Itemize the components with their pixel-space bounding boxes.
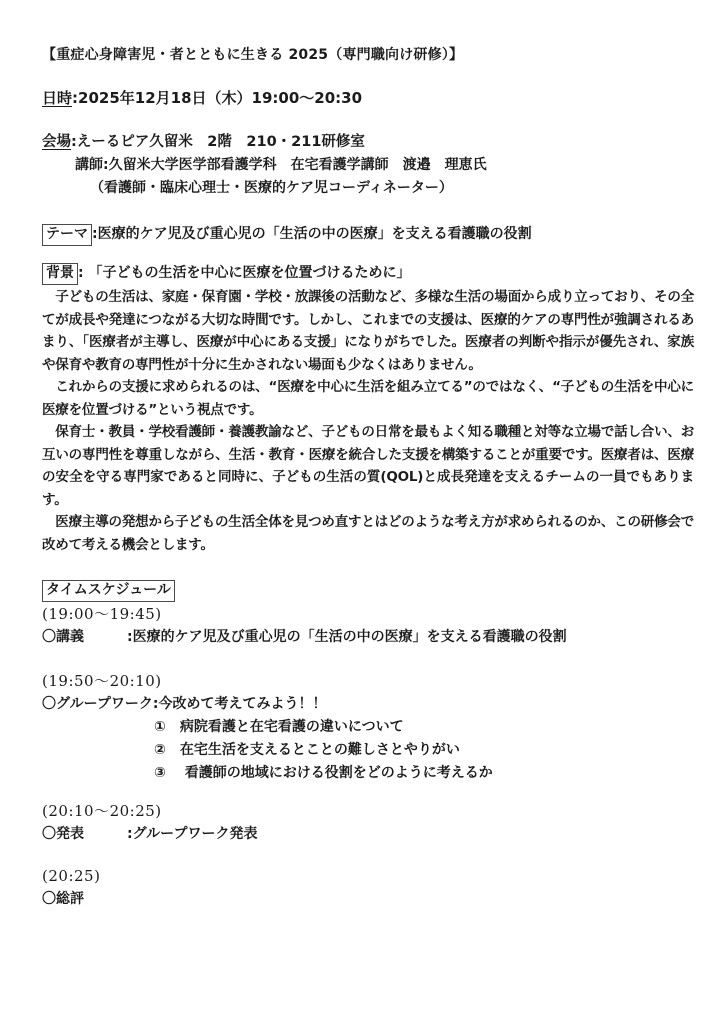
venue-value: :えーるピア久留米 2階 210・211研修室	[71, 134, 365, 150]
datetime-value: :2025年12月18日（木）19:00～20:30	[72, 89, 362, 107]
schedule-item-groupwork-label: 〇グループワーク	[42, 693, 153, 716]
background-paragraph-3: 保育士・教員・学校看護師・養護教諭など、子どもの日常を最もよく知る職種と対等な立…	[42, 421, 694, 511]
schedule-item-lecture-text: :医療的ケア児及び重心児の「生活の中の医療」を支える看護職の役割	[127, 629, 567, 645]
theme-value: :医療的ケア児及び重心児の「生活の中の医療」を支える看護職の役割	[92, 226, 532, 242]
background-intro-text: : 「子どもの生活を中心に医療を位置づけるために」	[78, 265, 410, 281]
background-section: 背景: 「子どもの生活を中心に医療を位置づけるために」 子どもの生活は、家庭・保…	[42, 261, 694, 556]
schedule-label: タイムスケジュール	[42, 580, 175, 602]
lecturer-line: 講師:久留米大学医学部看護学科 在宅看護学講師 渡邉 理恵氏	[42, 154, 694, 177]
background-paragraph-1: 子どもの生活は、家庭・保育園・学校・放課後の活動など、多様な生活の場面から成り立…	[42, 286, 694, 376]
groupwork-topic-1: ① 病院看護と在宅看護の違いについて	[42, 716, 694, 739]
venue-line: 会場:えーるピア久留米 2階 210・211研修室	[42, 131, 694, 154]
schedule-item-groupwork: 〇グループワーク:今改めて考えてみよう！！	[42, 693, 694, 716]
schedule-block-2: (19:50～20:10) 〇グループワーク:今改めて考えてみよう！！ ① 病院…	[42, 670, 694, 785]
schedule-item-lecture: 〇講義:医療的ケア児及び重心児の「生活の中の医療」を支える看護職の役割	[42, 626, 694, 649]
schedule-item-summary-label: 〇総評	[42, 888, 127, 911]
document-content: 【重症心身障害児・者とともに生きる 2025（専門職向け研修）】 日時:2025…	[42, 45, 694, 911]
schedule-time-1: (19:00～19:45)	[42, 603, 694, 626]
groupwork-topic-3: ③ 看護師の地域における役割をどのように考えるか	[42, 762, 694, 785]
schedule-item-presentation-text: :グループワーク発表	[127, 826, 257, 842]
datetime-line: 日時:2025年12月18日（木）19:00～20:30	[42, 88, 694, 108]
schedule-time-2: (19:50～20:10)	[42, 670, 694, 693]
background-paragraph-4: 医療主導の発想から子どもの生活全体を見つめ直すとはどのような考え方が求められるの…	[42, 511, 694, 556]
lecturer-qualifications: （看護師・臨床心理士・医療的ケア児コーディネーター）	[42, 177, 694, 200]
schedule-item-presentation: 〇発表:グループワーク発表	[42, 823, 694, 846]
schedule-item-lecture-label: 〇講義	[42, 626, 127, 649]
background-paragraph-2: これからの支援に求められるのは、“医療を中心に生活を組み立てる”のではなく、“子…	[42, 376, 694, 421]
schedule-title-line: タイムスケジュール	[42, 578, 694, 602]
schedule-block-3: (20:10～20:25) 〇発表:グループワーク発表	[42, 800, 694, 846]
schedule-time-4: (20:25)	[42, 865, 694, 888]
venue-label: 会場	[42, 134, 71, 150]
background-paragraphs: 子どもの生活は、家庭・保育園・学校・放課後の活動など、多様な生活の場面から成り立…	[42, 286, 694, 556]
theme-line: テーマ:医療的ケア児及び重心児の「生活の中の医療」を支える看護職の役割	[42, 222, 694, 246]
schedule-item-presentation-label: 〇発表	[42, 823, 127, 846]
document-page: 【重症心身障害児・者とともに生きる 2025（専門職向け研修）】 日時:2025…	[0, 0, 724, 1024]
background-label: 背景	[42, 263, 78, 285]
background-intro-line: 背景: 「子どもの生活を中心に医療を位置づけるために」	[42, 261, 694, 285]
venue-block: 会場:えーるピア久留米 2階 210・211研修室 講師:久留米大学医学部看護学…	[42, 131, 694, 200]
schedule-item-groupwork-text: :今改めて考えてみよう！！	[153, 696, 327, 712]
schedule-time-3: (20:10～20:25)	[42, 800, 694, 823]
groupwork-topic-2: ② 在宅生活を支えるとことの難しさとやりがい	[42, 739, 694, 762]
document-title: 【重症心身障害児・者とともに生きる 2025（専門職向け研修）】	[42, 45, 694, 65]
datetime-label: 日時	[42, 89, 72, 107]
schedule-block-4: (20:25) 〇総評	[42, 865, 694, 911]
theme-label: テーマ	[42, 224, 92, 246]
schedule-section: タイムスケジュール (19:00～19:45) 〇講義:医療的ケア児及び重心児の…	[42, 578, 694, 911]
schedule-item-summary: 〇総評	[42, 888, 694, 911]
schedule-block-1: (19:00～19:45) 〇講義:医療的ケア児及び重心児の「生活の中の医療」を…	[42, 603, 694, 649]
